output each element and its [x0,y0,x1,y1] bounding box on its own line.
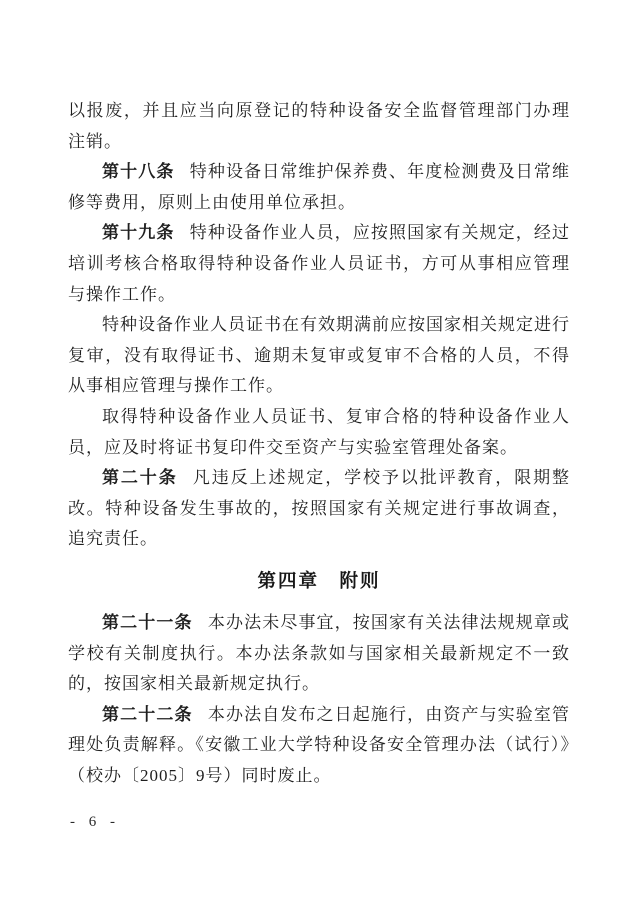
body-paragraph: 特种设备作业人员证书在有效期满前应按国家相关规定进行复审，没有取得证书、逾期未复… [68,310,570,402]
document-page: 以报废，并且应当向原登记的特种设备安全监督管理部门办理注销。 第十八条特种设备日… [0,0,638,902]
article-number: 第十八条 [102,162,174,181]
article-19-paragraph: 第十九条特种设备作业人员，应按照国家有关规定，经过培训考核合格取得特种设备作业人… [68,218,570,310]
article-20-paragraph: 第二十条凡违反上述规定，学校予以批评教育，限期整改。特种设备发生事故的，按照国家… [68,463,570,555]
body-paragraph: 取得特种设备作业人员证书、复审合格的特种设备作业人员，应及时将证书复印件交至资产… [68,402,570,463]
paragraph-text: 取得特种设备作业人员证书、复审合格的特种设备作业人员，应及时将证书复印件交至资产… [68,407,570,457]
article-number: 第二十条 [102,468,178,487]
article-number: 第二十一条 [102,613,193,632]
article-number: 第二十二条 [102,705,193,724]
chapter-heading: 第四章 附则 [68,566,570,596]
article-21-paragraph: 第二十一条本办法未尽事宜，按国家有关法律法规规章或学校有关制度执行。本办法条款如… [68,608,570,700]
article-number: 第十九条 [102,223,174,242]
page-body-text: 以报废，并且应当向原登记的特种设备安全监督管理部门办理注销。 第十八条特种设备日… [68,96,570,791]
paragraph-text: 特种设备作业人员证书在有效期满前应按国家相关规定进行复审，没有取得证书、逾期未复… [68,315,570,395]
paragraph-text: 以报废，并且应当向原登记的特种设备安全监督管理部门办理注销。 [68,101,570,151]
article-22-paragraph: 第二十二条本办法自发布之日起施行，由资产与实验室管理处负责解释。《安徽工业大学特… [68,700,570,792]
article-18-paragraph: 第十八条特种设备日常维护保养费、年度检测费及日常维修等费用，原则上由使用单位承担… [68,157,570,218]
continuation-paragraph: 以报废，并且应当向原登记的特种设备安全监督管理部门办理注销。 [68,96,570,157]
page-number: - 6 - [70,814,120,831]
